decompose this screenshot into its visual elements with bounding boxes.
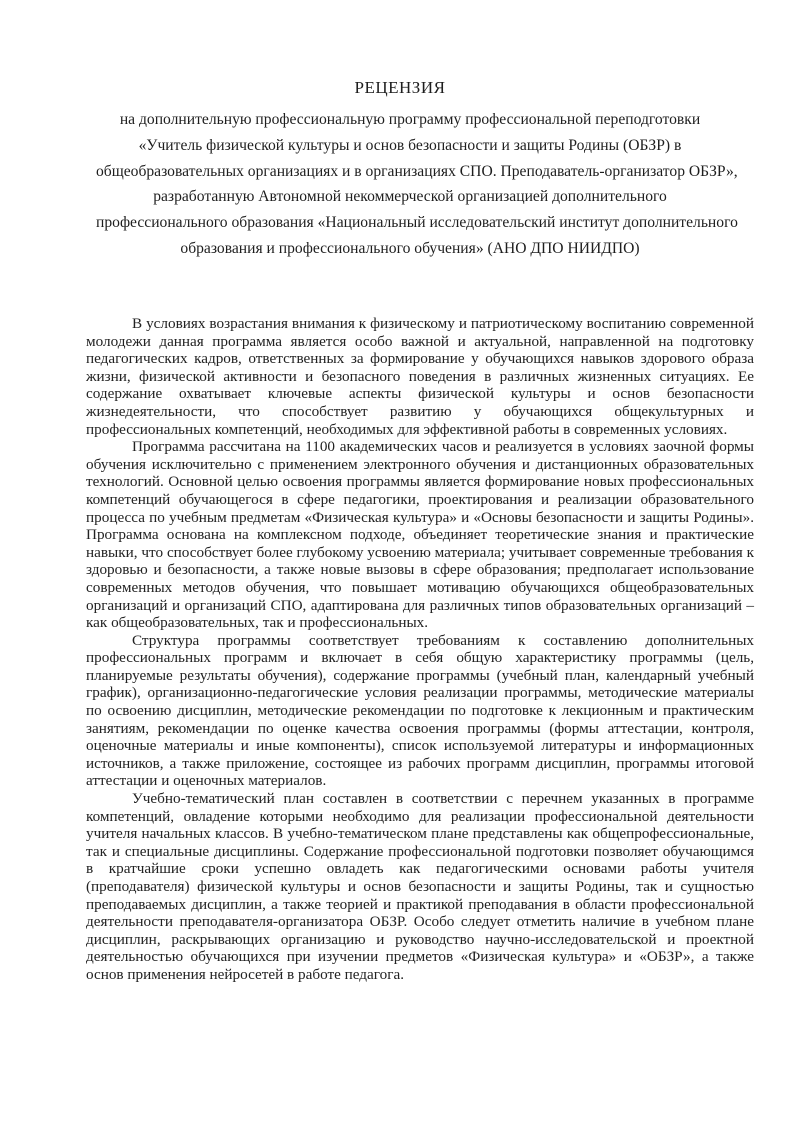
subtitle-line: «Учитель физической культуры и основ без… (96, 133, 724, 159)
subtitle-line: на дополнительную профессиональную прогр… (96, 107, 724, 133)
subtitle-line: образования и профессионального обучения… (96, 236, 724, 262)
subtitle-line: профессионального образования «Националь… (96, 210, 724, 236)
document-body: В условиях возрастания внимания к физиче… (86, 315, 754, 984)
paragraph-structure: Структура программы соответствует требов… (86, 632, 754, 790)
document-subtitle: на дополнительную профессиональную прогр… (96, 107, 724, 262)
paragraph-relevance: В условиях возрастания внимания к физиче… (86, 315, 754, 438)
paragraph-curriculum: Учебно-тематический план составлен в соо… (86, 790, 754, 984)
paragraph-program-overview: Программа рассчитана на 1100 академическ… (86, 438, 754, 632)
document-title: РЕЦЕНЗИЯ (0, 78, 800, 98)
subtitle-line: общеобразовательных организациях и в орг… (96, 159, 724, 185)
document-page: РЕЦЕНЗИЯ на дополнительную профессиональ… (0, 0, 800, 1132)
subtitle-line: разработанную Автономной некоммерческой … (96, 184, 724, 210)
